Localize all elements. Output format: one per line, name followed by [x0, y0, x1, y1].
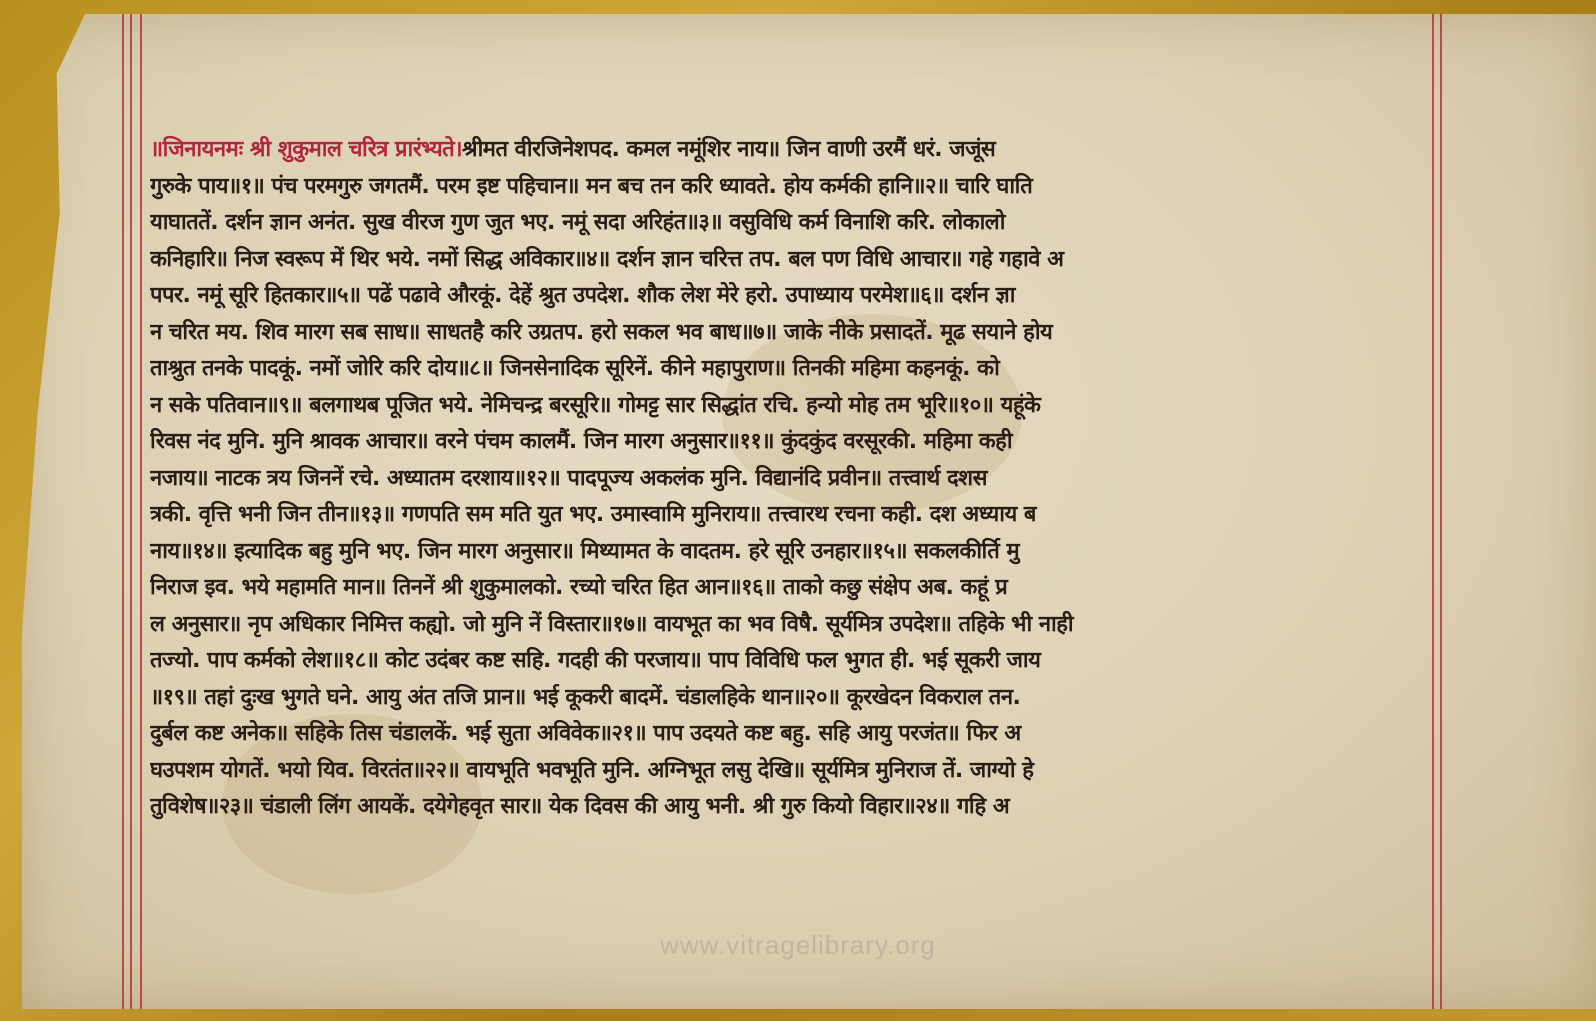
- margin-rule-left-1: [122, 14, 124, 1009]
- text-line-5: पपर. नमूं सूरि हितकार॥५॥ पढें पढावे औरकू…: [150, 278, 1440, 315]
- text-line-12: नाय॥१४॥ इत्यादिक बहु मुनि भए. जिन मारग अ…: [150, 534, 1440, 571]
- text-line-9: रिवस नंद मुनि. मुनि श्रावक आचार॥ वरने पं…: [150, 424, 1440, 461]
- text-line-6: न चरित मय. शिव मारग सब साध॥ साधतहै करि उ…: [150, 315, 1440, 352]
- margin-rule-right-2: [1440, 14, 1442, 1009]
- text-line-13: निराज इव. भये महामति मान॥ तिननें श्री शु…: [150, 570, 1440, 607]
- text-line-14: ल अनुसार॥ नृप अधिकार निमित्त कह्यो. जो म…: [150, 607, 1440, 644]
- text-line-18: घउपशम योगतें. भयो यिव. विरतंत॥२२॥ वायभूत…: [150, 753, 1440, 790]
- watermark: www.vitragelibrary.org: [0, 930, 1596, 961]
- text-line-19: तुविशेष॥२३॥ चंडाली लिंग आयकें. दयेगेहवृत…: [150, 789, 1440, 826]
- text-line-3: याघाततें. दर्शन ज्ञान अनंत. सुख वीरज गुण…: [150, 205, 1440, 242]
- text-line-4: कनिहारि॥ निज स्वरूप में थिर भये. नमों सि…: [150, 242, 1440, 279]
- text-line-15: तज्यो. पाप कर्मको लेश॥१८॥ कोट उदंबर कष्ट…: [150, 643, 1440, 680]
- text-line-7: ताश्रुत तनके पादकूं. नमों जोरि करि दोय॥८…: [150, 351, 1440, 388]
- margin-rule-left-2: [130, 14, 132, 1009]
- text-line-16: ॥१९॥ तहां दुःख भुगते घने. आयु अंत तजि प्…: [150, 680, 1440, 717]
- rubric-invocation: ॥जिनायनमः श्री शुकुमाल चरित्र प्रारंभ्यत…: [150, 137, 462, 162]
- text-line-8: न सके पतिवान॥९॥ बलगाथब पूजित भये. नेमिचन…: [150, 388, 1440, 425]
- text-line-1: ॥जिनायनमः श्री शुकुमाल चरित्र प्रारंभ्यत…: [150, 132, 1440, 169]
- margin-rule-left-outer: [20, 14, 22, 1009]
- text-line-10: नजाय॥ नाटक त्रय जिननें रचे. अध्यातम दरशा…: [150, 461, 1440, 498]
- text-line-17: दुर्बल कष्ट अनेक॥ सहिके तिस चंडालकें. भई…: [150, 716, 1440, 753]
- margin-rule-left-3: [140, 14, 142, 1009]
- text-line-11: त्रकी. वृत्ति भनी जिन तीन॥१३॥ गणपति सम म…: [150, 497, 1440, 534]
- manuscript-text: ॥जिनायनमः श्री शुकुमाल चरित्र प्रारंभ्यत…: [150, 132, 1440, 826]
- text-line-2: गुरुके पाय॥१॥ पंच परमगुरु जगतमैं. परम इष…: [150, 169, 1440, 206]
